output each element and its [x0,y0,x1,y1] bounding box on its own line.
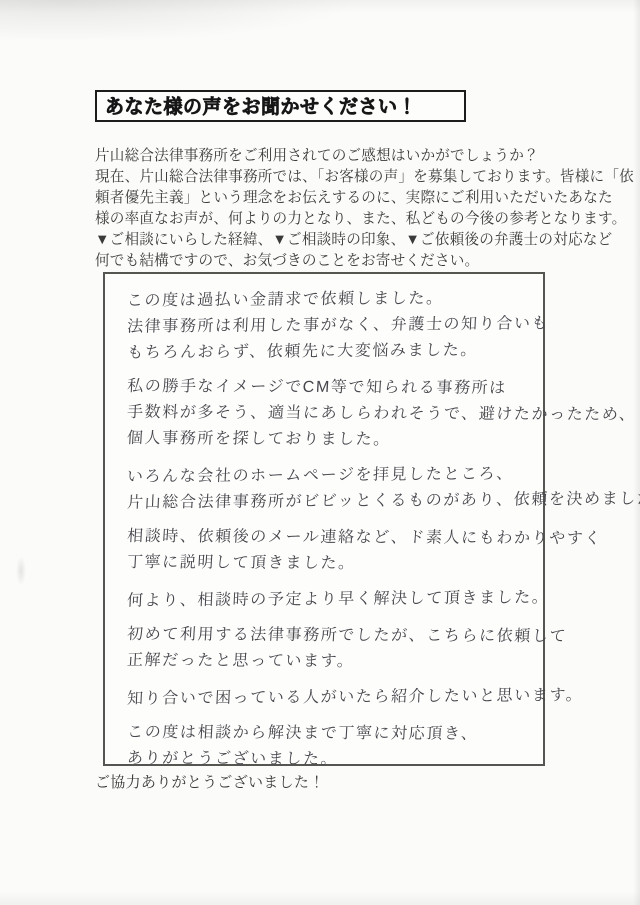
handwritten-line: 私の勝手なイメージでCM等で知られる事務所は [126,374,529,402]
handwritten-line: 初めて利用する法律事務所でしたが、こちらに依頼して [126,622,529,650]
intro-line: 様の率直なお声が、何よりの力となり、また、私どもの今後の参考となります。 [95,209,565,230]
handwritten-paragraph: 私の勝手なイメージでCM等で知られる事務所は 手数料が多そう、適当にあしらわれそ… [127,374,529,454]
handwritten-line: 知り合いで困っている人がいたら紹介したいと思います。 [126,683,529,712]
handwritten-paragraph: 相談時、依頼後のメール連絡など、ド素人にもわかりやすく 丁寧に説明して頂きました… [127,524,529,578]
page-title-box: あなた様の声をお聞かせください！ [95,90,466,122]
intro-text: 片山総合法律事務所をご利用されてのご感想はいかがでしょうか？ 現在、片山総合法律… [95,146,565,272]
intro-line: 何でも結構ですので、お気づきのことをお寄せください。 [95,251,565,272]
scanner-shadow-right [633,0,640,905]
handwritten-line: 個人事務所を探しておりました。 [126,426,529,454]
intro-line: 片山総合法律事務所をご利用されてのご感想はいかがでしょうか？ [95,146,565,167]
scanner-shadow-bottom [0,891,640,905]
handwritten-paragraph: この度は相談から解決まで丁寧に対応頂き、 ありがとうございました。 [127,720,529,774]
handwritten-line: ありがとうございました。 [126,746,529,774]
handwritten-paragraph: 何より、相談時の予定より早く解決して頂きました。 [127,585,529,614]
handwritten-paragraph: いろんな会社のホームページを拝見したところ、 片山総合法律事務所がビビッとくるも… [127,461,529,516]
handwritten-paragraph: 知り合いで困っている人がいたら紹介したいと思います。 [127,683,529,712]
handwritten-line: この度は過払い金請求で依頼しました。 [126,285,529,314]
handwritten-note-box: この度は過払い金請求で依頼しました。 法律事務所は利用した事がなく、弁護士の知り… [103,272,545,766]
scan-smudge-mark [16,556,26,586]
intro-line: 現在、片山総合法律事務所では、「お客様の声」を募集しております。皆様に「依 [95,167,565,188]
handwritten-line: 丁寧に説明して頂きました。 [126,550,529,578]
handwritten-line: 相談時、依頼後のメール連絡など、ド素人にもわかりやすく [126,524,529,552]
page-title: あなた様の声をお聞かせください！ [105,92,417,120]
footer-thanks-text: ご協力ありがとうございました！ [95,771,325,792]
handwritten-line: この度は相談から解決まで丁寧に対応頂き、 [126,720,529,748]
handwritten-paragraph: 初めて利用する法律事務所でしたが、こちらに依頼して 正解だったと思っています。 [127,622,529,676]
scanner-shadow-top [0,0,640,70]
handwritten-line: 正解だったと思っています。 [126,648,529,676]
handwritten-line: 何より、相談時の予定より早く解決して頂きました。 [126,585,529,614]
handwritten-paragraph: この度は過払い金請求で依頼しました。 法律事務所は利用した事がなく、弁護士の知り… [127,285,530,366]
handwritten-line: 法律事務所は利用した事がなく、弁護士の知り合いも [126,311,529,340]
handwritten-line: いろんな会社のホームページを拝見したところ、 [126,461,529,490]
intro-line: 頼者優先主義」という理念をお伝えするのに、実際にご利用いただいたあなた [95,188,565,209]
scanned-feedback-sheet: { "document": { "title": "あなた様の声をお聞かせくださ… [0,0,640,905]
handwritten-line: 手数料が多そう、適当にあしらわれそうで、避けたかったため、 [126,400,529,428]
intro-line: ▼ご相談にいらした経緯、▼ご相談時の印象、▼ご依頼後の弁護士の対応など [95,230,565,251]
handwritten-line: もちろんおらず、依頼先に大変悩みました。 [127,337,530,366]
handwritten-line: 片山総合法律事務所がビビッとくるものがあり、依頼を決めました。 [127,487,530,516]
